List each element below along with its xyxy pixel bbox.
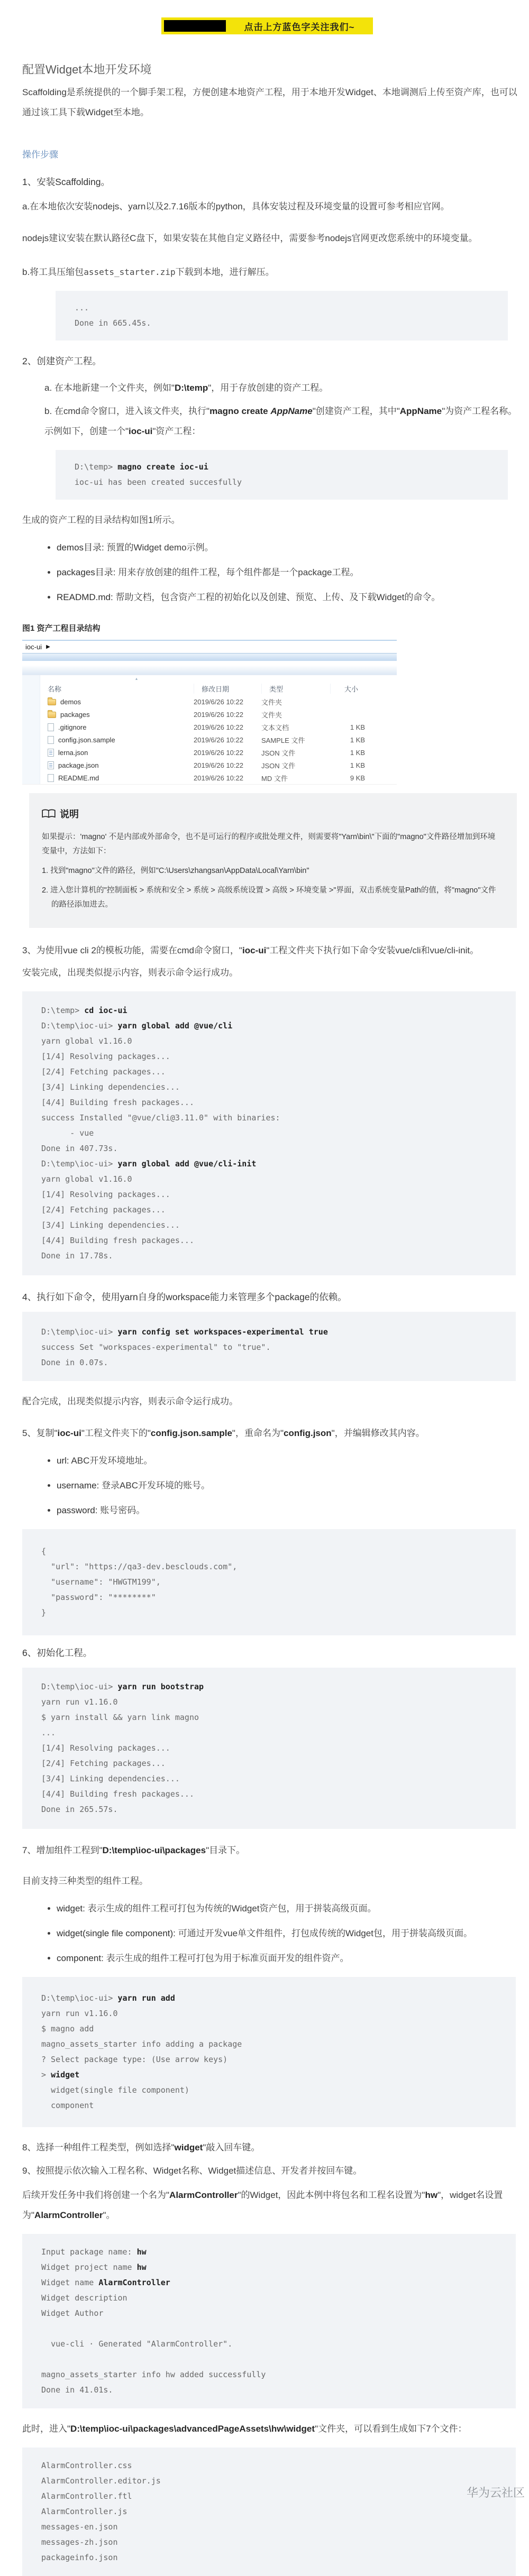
note-title: 说明 <box>60 807 79 821</box>
code-block-magno-create: D:\temp> magno create ioc-uiioc-ui has b… <box>56 450 508 500</box>
code-line: [3/4] Linking dependencies... <box>41 1080 510 1095</box>
code-line: "password": "********" <box>41 1590 510 1605</box>
code-line: [2/4] Fetching packages... <box>41 1064 510 1080</box>
code-line: component <box>41 2098 510 2113</box>
code-line: Done in 41.01s. <box>41 2382 510 2398</box>
code-line: [4/4] Building fresh packages... <box>41 1787 510 1802</box>
list-item: url: ABC开发环境地址。 <box>57 1451 496 1471</box>
column-header-size: 大小 <box>330 684 383 694</box>
list-item: packages目录: 用来存放创建的组件工程，每个组件都是一个package工… <box>57 563 496 583</box>
code-line: Input package name: hw <box>41 2244 510 2260</box>
note-box: 说明 如果提示：'magno' 不是内部或外部命令，也不是可运行的程序或批处理文… <box>29 793 517 928</box>
list-item: username: 登录ABC开发环境的账号。 <box>57 1476 496 1496</box>
code-line: Widget project name hw <box>41 2260 510 2275</box>
explorer-gap <box>22 661 397 666</box>
code-line: "username": "HWGTM199", <box>41 1575 510 1590</box>
code-line: AlarmController.js <box>41 2504 510 2519</box>
explorer-toolbar-secondary <box>22 666 397 675</box>
code-line: [1/4] Resolving packages... <box>41 1187 510 1202</box>
explorer-toolbar <box>22 653 397 661</box>
code-line: ? Select package type: (Use arrow keys) <box>41 2052 510 2067</box>
step-4-success-hint: 配合完成，出现类似提示内容，则表示命令运行成功。 <box>22 1392 521 1412</box>
step-1-title: 1、安装Scaffolding。 <box>22 175 521 188</box>
config-bullet-list: url: ABC开发环境地址。username: 登录ABC开发环境的账号。pa… <box>48 1451 521 1521</box>
column-header-type: 类型 <box>261 684 330 694</box>
file-icon <box>48 723 54 731</box>
step-7-title: 7、增加组件工程到"D:\temp\ioc-ui\packages"目录下。 <box>22 1841 521 1861</box>
code-line: Widget name AlarmController <box>41 2275 510 2290</box>
step-4-title: 4、执行如下命令，使用yarn自身的workspace能力来管理多个packag… <box>22 1290 521 1303</box>
code-line: AlarmController.css <box>41 2458 510 2473</box>
code-line: ... <box>75 300 503 316</box>
widget-types-bullet-list: widget: 表示生成的组件工程可打包为传统的Widget资产包，用于拼装高级… <box>48 1899 521 1968</box>
code-line: Done in 265.57s. <box>41 1802 510 1817</box>
sort-caret-icon: ▴ <box>40 676 397 682</box>
step-2-result-paragraph: 生成的资产工程的目录结构如图1所示。 <box>22 510 521 530</box>
path-d-temp: D:\temp <box>175 383 208 393</box>
code-block-unzip-result: ...Done in 665.45s. <box>56 291 508 341</box>
step-9-result-paragraph: 此时，进入"D:\temp\ioc-ui\packages\advancedPa… <box>22 2419 521 2439</box>
step-2-title: 2、创建资产工程。 <box>22 354 521 367</box>
json-file-icon <box>48 749 54 757</box>
code-line: AlarmController.ftl <box>41 2489 510 2504</box>
code-line: [4/4] Building fresh packages... <box>41 1233 510 1248</box>
redacted-logo <box>164 20 226 32</box>
note-item: 1. 找到"magno"文件的路径，例如"C:\Users\zhangsan\A… <box>42 864 501 878</box>
code-line: [2/4] Fetching packages... <box>41 1756 510 1771</box>
table-row: README.md 2019/6/26 10:22 MD 文件 9 KB <box>40 771 397 784</box>
json-file-icon <box>48 761 54 769</box>
code-line: ... <box>41 1725 510 1741</box>
code-line: widget(single file component) <box>41 2083 510 2098</box>
code-block-bootstrap: D:\temp\ioc-ui> yarn run bootstrapyarn r… <box>22 1668 516 1829</box>
code-line: Done in 0.07s. <box>41 1355 510 1370</box>
step-9-paragraph: 后续开发任务中我们将创建一个名为"AlarmController"的Widget… <box>22 2185 521 2225</box>
code-block-yarn-workspaces: D:\temp\ioc-ui> yarn config set workspac… <box>22 1312 516 1381</box>
column-header-name: 名称 <box>40 684 194 694</box>
column-header-date: 修改日期 <box>194 684 261 694</box>
code-line: D:\temp\ioc-ui> yarn run bootstrap <box>41 1679 510 1695</box>
code-line: ioc-ui has been created succesfully <box>75 475 503 490</box>
code-line: [1/4] Resolving packages... <box>41 1049 510 1064</box>
table-row: packages 2019/6/26 10:22 文件夹 <box>40 708 397 721</box>
step-2a-paragraph: a. 在本地新建一个文件夹，例如"D:\temp"，用于存放创建的资产工程。 <box>44 378 521 398</box>
explorer-column-headers: 名称 修改日期 类型 大小 <box>40 682 397 695</box>
code-block-yarn-run-add: D:\temp\ioc-ui> yarn run addyarn run v1.… <box>22 1977 516 2127</box>
code-line: vue-cli · Generated "AlarmController". <box>41 2336 510 2352</box>
breadcrumb-arrow-icon: ▶ <box>46 644 50 650</box>
code-line: yarn global v1.16.0 <box>41 1172 510 1187</box>
intro-paragraph: Scaffolding是系统提供的一个脚手架工程，方便创建本地资产工程，用于本地… <box>22 82 521 123</box>
code-line: magno_assets_starter info hw added succe… <box>41 2367 510 2382</box>
list-item: password: 账号密码。 <box>57 1501 496 1521</box>
code-line: yarn global v1.16.0 <box>41 1034 510 1049</box>
step-2b-paragraph: b. 在cmd命令窗口，进入该文件夹，执行"magno create AppNa… <box>44 401 521 421</box>
code-line: { <box>41 1544 510 1559</box>
table-row: demos 2019/6/26 10:22 文件夹 <box>40 695 397 708</box>
banner-text: 点击上方蓝色字关注我们~ <box>226 20 373 33</box>
code-line: $ yarn install && yarn link magno <box>41 1710 510 1725</box>
file-icon <box>48 736 54 744</box>
list-item: demos目录: 预置的Widget demo示例。 <box>57 538 496 558</box>
note-paragraph: 如果提示：'magno' 不是内部或外部命令，也不是可运行的程序或批处理文件，则… <box>42 830 501 859</box>
code-line: yarn run v1.16.0 <box>41 1695 510 1710</box>
code-block-config-json: { "url": "https://qa3-dev.besclouds.com"… <box>22 1529 516 1635</box>
code-line: [1/4] Resolving packages... <box>41 1741 510 1756</box>
list-item: widget: 表示生成的组件工程可打包为传统的Widget资产包，用于拼装高级… <box>57 1899 496 1919</box>
code-line: Widget Author <box>41 2306 510 2321</box>
code-line: [2/4] Fetching packages... <box>41 1202 510 1218</box>
watermark-huawei-cloud-community: 华为云社区 <box>467 2484 525 2500</box>
file-icon <box>48 774 54 782</box>
code-line: > widget <box>41 2067 510 2083</box>
project-name-ioc-ui: ioc-ui <box>129 426 152 436</box>
code-line: AlarmController.editor.js <box>41 2473 510 2489</box>
figure-1-caption: 图1 资产工程目录结构 <box>22 622 521 633</box>
code-line: Widget description <box>41 2290 510 2306</box>
list-item: widget(single file component): 可通过开发vue单… <box>57 1924 496 1944</box>
code-block-package-wizard: Input package name: hwWidget project nam… <box>22 2234 516 2408</box>
code-line: $ magno add <box>41 2021 510 2037</box>
explorer-address-bar: ioc-ui ▶ <box>22 640 397 653</box>
folder-icon <box>48 699 56 705</box>
code-line: - vue <box>41 1126 510 1141</box>
code-line <box>41 2321 510 2336</box>
appname-placeholder: AppName <box>270 406 312 416</box>
code-line: [4/4] Building fresh packages... <box>41 1095 510 1110</box>
code-line: [3/4] Linking dependencies... <box>41 1771 510 1787</box>
code-line: D:\temp\ioc-ui> yarn run add <box>41 1991 510 2006</box>
code-line: success Set "workspaces-experimental" to… <box>41 1340 510 1355</box>
code-line: Done in 407.73s. <box>41 1141 510 1156</box>
step-6-title: 6、初始化工程。 <box>22 1646 521 1659</box>
table-row: package.json 2019/6/26 10:22 JSON 文件 1 K… <box>40 759 397 771</box>
note-item-list: 1. 找到"magno"文件的路径，例如"C:\Users\zhangsan\A… <box>42 864 501 912</box>
code-line: Done in 665.45s. <box>75 316 503 331</box>
code-line: [3/4] Linking dependencies... <box>41 1218 510 1233</box>
code-line: D:\temp\ioc-ui> yarn config set workspac… <box>41 1324 510 1340</box>
zip-file-name: assets_starter.zip <box>84 267 175 277</box>
code-line: messages-zh.json <box>41 2535 510 2550</box>
code-line: "url": "https://qa3-dev.besclouds.com", <box>41 1559 510 1575</box>
page-title: 配置Widget本地开发环境 <box>22 61 521 77</box>
explorer-rows: demos 2019/6/26 10:22 文件夹 packages 2019/… <box>40 695 397 784</box>
explorer-screenshot: ioc-ui ▶ ▴ 名称 修改日期 类型 大小 demos <box>22 640 397 785</box>
step-8-title: 8、选择一种组件工程类型，例如选择"widget"敲入回车键。 <box>22 2138 521 2158</box>
step-3-title: 3、为使用vue cli 2的模板功能，需要在cmd命令窗口，"ioc-ui"工… <box>22 941 521 961</box>
code-line: Done in 17.78s. <box>41 1248 510 1264</box>
step-7-types-paragraph: 目前支持三种类型的组件工程。 <box>22 1871 521 1891</box>
code-line: messages-en.json <box>41 2519 510 2535</box>
step-1b-paragraph: b.将工具压缩包assets_starter.zip下载到本地，进行解压。 <box>22 262 521 282</box>
directory-bullet-list: demos目录: 预置的Widget demo示例。packages目录: 用来… <box>48 538 521 608</box>
code-line: yarn run v1.16.0 <box>41 2006 510 2021</box>
article-page: 点击上方蓝色字关注我们~ 配置Widget本地开发环境 Scaffolding是… <box>0 0 529 2576</box>
step-1a-paragraph: a.在本地依次安装nodejs、yarn以及2.7.16版本的python，具体… <box>22 197 521 217</box>
code-line: magno_assets_starter info adding a packa… <box>41 2037 510 2052</box>
code-line: D:\temp> cd ioc-ui <box>41 1003 510 1018</box>
code-line: D:\temp\ioc-ui> yarn global add @vue/cli <box>41 1018 510 1034</box>
code-block-vue-cli-install: D:\temp> cd ioc-uiD:\temp\ioc-ui> yarn g… <box>22 991 516 1275</box>
code-line: D:\temp> magno create ioc-ui <box>75 459 503 475</box>
step-2-example-line: 示例如下，创建一个"ioc-ui"资产工程： <box>44 421 521 441</box>
note-item: 2. 进入您计算机的"控制面板 > 系统和安全 > 系统 > 高级系统设置 > … <box>42 884 501 912</box>
breadcrumb: ioc-ui <box>25 643 42 651</box>
code-line <box>41 2352 510 2367</box>
step-9-title: 9、按照提示依次输入工程名称、Widget名称、Widget描述信息、开发者并按… <box>22 2161 521 2181</box>
cmd-magno-create: magno create <box>209 406 270 416</box>
explorer-nav-strip <box>22 675 40 784</box>
code-line: success Installed "@vue/cli@3.11.0" with… <box>41 1110 510 1126</box>
table-row: config.json.sample 2019/6/26 10:22 SAMPL… <box>40 733 397 746</box>
table-row: lerna.json 2019/6/26 10:22 JSON 文件 1 KB <box>40 746 397 759</box>
follow-banner[interactable]: 点击上方蓝色字关注我们~ <box>161 17 373 34</box>
explorer-file-list: ▴ 名称 修改日期 类型 大小 demos 2019/6/26 10:22 文件… <box>40 675 397 784</box>
book-icon <box>42 809 56 818</box>
section-heading-steps: 操作步骤 <box>22 147 521 160</box>
list-item: component: 表示生成的组件工程可打包为用于标准页面开发的组件资产。 <box>57 1948 496 1968</box>
code-line: D:\temp\ioc-ui> yarn global add @vue/cli… <box>41 1156 510 1172</box>
table-row: .gitignore 2019/6/26 10:22 文本文档 1 KB <box>40 721 397 733</box>
step-5-title: 5、复制"ioc-ui"工程文件夹下的"config.json.sample"，… <box>22 1423 521 1443</box>
code-block-generated-files: AlarmController.cssAlarmController.edito… <box>22 2448 516 2576</box>
code-line: packageinfo.json <box>41 2550 510 2565</box>
code-line: } <box>41 1605 510 1621</box>
step-3-success-hint: 安装完成，出现类似提示内容，则表示命令运行成功。 <box>22 963 521 983</box>
folder-icon <box>48 712 56 718</box>
list-item: READMD.md: 帮助文档，包含资产工程的初始化以及创建、预览、上传、及下载… <box>57 587 496 608</box>
step-1-nodejs-note: nodejs建议安装在默认路径C盘下，如果安装在其他自定义路径中，需要参考nod… <box>22 228 521 249</box>
